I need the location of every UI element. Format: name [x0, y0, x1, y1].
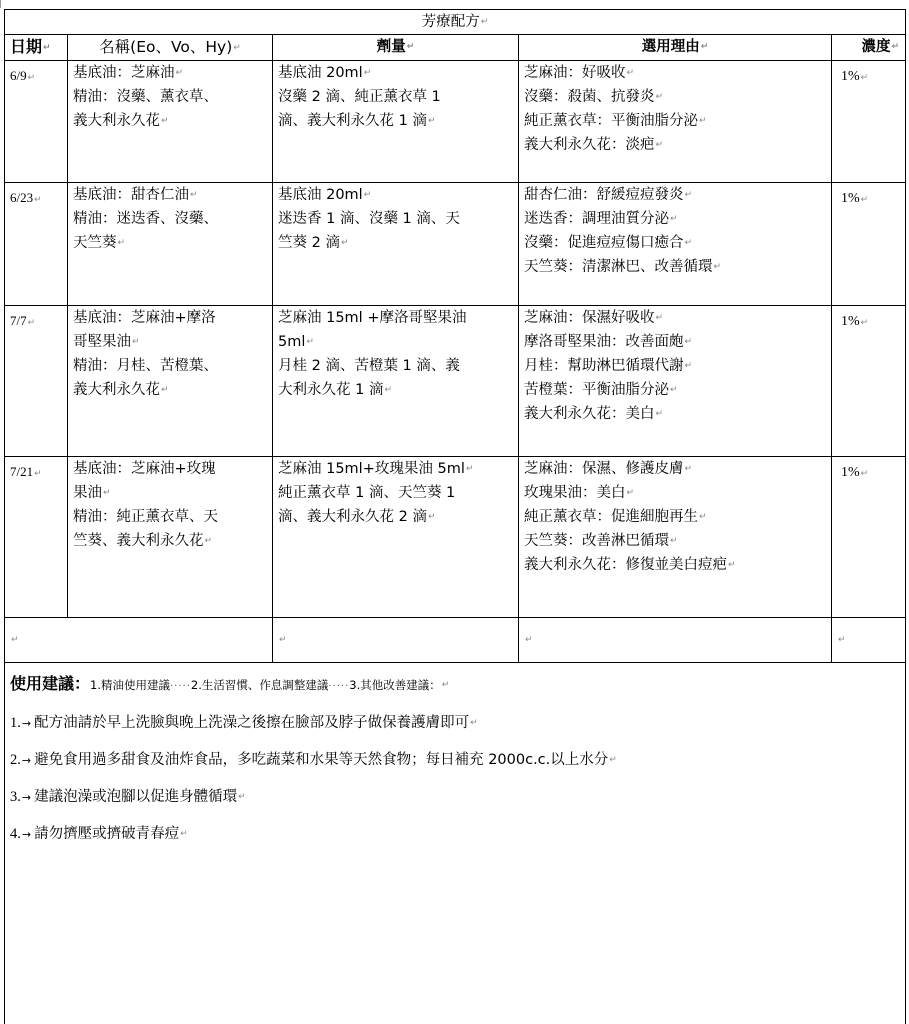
name-line: 精油：迷迭香、沒藥、 [73, 207, 268, 231]
header-reason[interactable]: 選用理由↵ [519, 35, 832, 61]
paragraph-mark-icon: ↵ [132, 337, 140, 347]
paragraph-mark-icon: ↵ [306, 337, 314, 347]
paragraph-mark-icon: ↵ [685, 238, 693, 248]
reason-line: 沒藥：促進痘痘傷口癒合↵ [524, 231, 827, 255]
date-cell[interactable]: 7/21↵ [5, 456, 68, 617]
name-line: 義大利永久花↵ [73, 378, 268, 402]
tab-arrow-icon: → [22, 754, 31, 767]
date-cell[interactable]: 6/23↵ [5, 182, 68, 305]
advice-item: 3.→建議泡澡或泡腳以促進身體循環↵ [10, 786, 905, 809]
dosage-cell[interactable]: 芝麻油 15ml+玫瑰果油 5ml↵ 純正薰衣草 1 滴、天竺葵 1 滴、義大利… [273, 456, 519, 617]
date-value: 7/7 [10, 313, 27, 328]
reason-line: 芝麻油：保濕、修護皮膚↵ [524, 457, 827, 481]
name-line: 精油：月桂、苦橙葉、 [73, 354, 268, 378]
dosage-line: 月桂 2 滴、苦橙葉 1 滴、義 [278, 354, 514, 378]
reason-line: 天竺葵：清潔淋巴、改善循環↵ [524, 255, 827, 279]
reason-line: 天竺葵：改善淋巴循環↵ [524, 529, 827, 553]
reason-cell[interactable]: 芝麻油：好吸收↵ 沒藥：殺菌、抗發炎↵ 純正薰衣草：平衡油脂分泌↵ 義大利永久花… [519, 60, 832, 182]
advice-row: 使用建議：1.精油使用建議·····2.生活習慣、作息調整建議·····3.其他… [5, 662, 906, 1024]
date-value: 7/21 [10, 464, 33, 479]
advice-category-2: 2.生活習慣、作息調整建議 [191, 678, 328, 692]
reason-line: 義大利永久花：淡疤↵ [524, 133, 827, 157]
dosage-line: 純正薰衣草 1 滴、天竺葵 1 [278, 481, 514, 505]
paragraph-mark-icon: ↵ [627, 488, 635, 498]
paragraph-mark-icon: ↵ [428, 512, 436, 522]
tab-arrow-icon: → [22, 717, 31, 730]
paragraph-mark-icon: ↵ [701, 42, 709, 52]
paragraph-mark-icon: ↵ [180, 829, 188, 839]
aromatherapy-recipe-table: 芳療配方↵ 日期↵ 名稱(Eo、Vo、Hy)↵ 劑量↵ 選用理由↵ 濃度↵ 6/… [4, 9, 906, 1024]
table-row: 7/21↵ 基底油：芝麻油+玫瑰 果油↵ 精油：純正薰衣草、天 竺葵、義大利永久… [5, 456, 906, 617]
paragraph-mark-icon: ↵ [861, 72, 869, 82]
header-reason-label: 選用理由 [642, 39, 700, 55]
header-name[interactable]: 名稱(Eo、Vo、Hy)↵ [68, 35, 273, 61]
concentration-value: 1% [841, 314, 860, 329]
advice-item: 2.→避免食用過多甜食及油炸食品，多吃蔬菜和水果等天然食物；每日補充 2000c… [10, 749, 905, 772]
paragraph-mark-icon: ↵ [525, 635, 533, 645]
paragraph-mark-icon: ↵ [205, 536, 213, 546]
paragraph-mark-icon: ↵ [238, 792, 246, 802]
paragraph-mark-icon: ↵ [699, 116, 707, 126]
paragraph-mark-icon: ↵ [428, 116, 436, 126]
reason-line: 玫瑰果油：美白↵ [524, 481, 827, 505]
name-line: 義大利永久花↵ [73, 109, 268, 133]
reason-line: 芝麻油：保濕好吸收↵ [524, 306, 827, 330]
advice-category-3: 3.其他改善建議： [349, 678, 440, 692]
paragraph-mark-icon: ↵ [861, 468, 869, 478]
paragraph-mark-icon: ↵ [714, 262, 722, 272]
name-cell[interactable]: 基底油：芝麻油+玫瑰 果油↵ 精油：純正薰衣草、天 竺葵、義大利永久花↵ [68, 456, 273, 617]
name-cell[interactable]: 基底油：芝麻油↵ 精油：沒藥、薰衣草、 義大利永久花↵ [68, 60, 273, 182]
table-row: 6/23↵ 基底油：甜杏仁油↵ 精油：迷迭香、沒藥、 天竺葵↵ 基底油 20ml… [5, 182, 906, 305]
empty-cell[interactable]: ↵ [273, 617, 519, 662]
empty-cell[interactable]: ↵ [519, 617, 832, 662]
reason-line: 沒藥：殺菌、抗發炎↵ [524, 85, 827, 109]
table-title: 芳療配方 [422, 14, 480, 30]
concentration-cell[interactable]: 1%↵ [832, 182, 906, 305]
header-dosage[interactable]: 劑量↵ [273, 35, 519, 61]
advice-item-number: 4. [10, 826, 21, 842]
advice-item-text: 配方油請於早上洗臉與晚上洗澡之後擦在臉部及脖子做保養護膚即可 [34, 715, 469, 731]
tab-arrow-icon: → [22, 828, 31, 841]
concentration-cell[interactable]: 1%↵ [832, 456, 906, 617]
paragraph-mark-icon: ↵ [656, 313, 664, 323]
paragraph-mark-icon: ↵ [176, 68, 184, 78]
reason-line: 芝麻油：好吸收↵ [524, 61, 827, 85]
paragraph-mark-icon: ↵ [442, 680, 450, 690]
dosage-line: 芝麻油 15ml +摩洛哥堅果油 [278, 306, 514, 330]
header-name-label: 名稱(Eo、Vo、Hy) [99, 38, 232, 56]
dosage-line: 5ml↵ [278, 330, 514, 354]
empty-cell[interactable]: ↵ [832, 617, 906, 662]
paragraph-mark-icon: ↵ [103, 488, 111, 498]
title-row: 芳療配方↵ [5, 10, 906, 35]
name-line: 精油：純正薰衣草、天 [73, 505, 268, 529]
name-line: 精油：沒藥、薰衣草、 [73, 85, 268, 109]
paragraph-mark-icon: ↵ [670, 536, 678, 546]
paragraph-mark-icon: ↵ [11, 635, 19, 645]
paragraph-mark-icon: ↵ [670, 214, 678, 224]
table-title-cell[interactable]: 芳療配方↵ [5, 10, 906, 35]
advice-item-number: 2. [10, 752, 21, 768]
paragraph-mark-icon: ↵ [407, 42, 415, 52]
dosage-line: 迷迭香 1 滴、沒藥 1 滴、天 [278, 207, 514, 231]
name-line: 天竺葵↵ [73, 231, 268, 255]
dosage-line: 竺葵 2 滴↵ [278, 231, 514, 255]
usage-advice-cell[interactable]: 使用建議：1.精油使用建議·····2.生活習慣、作息調整建議·····3.其他… [5, 662, 906, 1024]
dosage-line: 滴、義大利永久花 1 滴↵ [278, 109, 514, 133]
paragraph-mark-icon: ↵ [656, 140, 664, 150]
reason-line: 義大利永久花：美白↵ [524, 402, 827, 426]
paragraph-mark-icon: ↵ [892, 42, 900, 52]
paragraph-mark-icon: ↵ [728, 560, 736, 570]
paragraph-mark-icon: ↵ [699, 512, 707, 522]
dosage-cell[interactable]: 基底油 20ml↵ 沒藥 2 滴、純正薰衣草 1 滴、義大利永久花 1 滴↵ [273, 60, 519, 182]
header-date[interactable]: 日期↵ [5, 35, 68, 61]
reason-line: 義大利永久花：修復並美白痘疤↵ [524, 553, 827, 577]
advice-item-text: 建議泡澡或泡腳以促進身體循環 [34, 789, 237, 805]
date-value: 6/9 [10, 68, 27, 83]
reason-cell[interactable]: 甜杏仁油：舒緩痘痘發炎↵ 迷迭香：調理油質分泌↵ 沒藥：促進痘痘傷口癒合↵ 天竺… [519, 182, 832, 305]
dosage-line: 基底油 20ml↵ [278, 61, 514, 85]
date-cell[interactable]: 7/7↵ [5, 305, 68, 456]
name-line: 基底油：芝麻油↵ [73, 61, 268, 85]
dosage-line: 基底油 20ml↵ [278, 183, 514, 207]
empty-table-row: ↵ ↵ ↵ ↵ [5, 617, 906, 662]
paragraph-mark-icon: ↵ [838, 635, 846, 645]
paragraph-mark-icon: ↵ [28, 72, 36, 82]
reason-line: 甜杏仁油：舒緩痘痘發炎↵ [524, 183, 827, 207]
paragraph-mark-icon: ↵ [43, 43, 51, 53]
reason-line: 摩洛哥堅果油：改善面皰↵ [524, 330, 827, 354]
reason-line: 純正薰衣草：促進細胞再生↵ [524, 505, 827, 529]
date-value: 6/23 [10, 190, 33, 205]
date-cell[interactable]: 6/9↵ [5, 60, 68, 182]
paragraph-mark-icon: ↵ [34, 468, 42, 478]
concentration-value: 1% [841, 191, 860, 206]
table-row: 7/7↵ 基底油：芝麻油+摩洛 哥堅果油↵ 精油：月桂、苦橙葉、 義大利永久花↵… [5, 305, 906, 456]
paragraph-mark-icon: ↵ [627, 68, 635, 78]
paragraph-mark-icon: ↵ [118, 238, 126, 248]
paragraph-mark-icon: ↵ [481, 17, 489, 27]
paragraph-mark-icon: ↵ [685, 361, 693, 371]
paragraph-mark-icon: ↵ [685, 464, 693, 474]
paragraph-mark-icon: ↵ [364, 190, 372, 200]
header-concentration-label: 濃度 [862, 39, 891, 55]
reason-line: 月桂：幫助淋巴循環代謝↵ [524, 354, 827, 378]
paragraph-mark-icon: ↵ [861, 317, 869, 327]
dosage-cell[interactable]: 芝麻油 15ml +摩洛哥堅果油 5ml↵ 月桂 2 滴、苦橙葉 1 滴、義 大… [273, 305, 519, 456]
reason-cell[interactable]: 芝麻油：保濕好吸收↵ 摩洛哥堅果油：改善面皰↵ 月桂：幫助淋巴循環代謝↵ 苦橙葉… [519, 305, 832, 456]
paragraph-mark-icon: ↵ [656, 409, 664, 419]
header-dosage-label: 劑量 [377, 39, 406, 55]
paragraph-mark-icon: ↵ [685, 190, 693, 200]
advice-item-text: 請勿擠壓或擠破青春痘 [34, 826, 179, 842]
name-cell[interactable]: 基底油：芝麻油+摩洛 哥堅果油↵ 精油：月桂、苦橙葉、 義大利永久花↵ [68, 305, 273, 456]
paragraph-mark-icon: ↵ [685, 337, 693, 347]
advice-item: 4.→請勿擠壓或擠破青春痘↵ [10, 823, 905, 846]
name-line: 基底油：芝麻油+摩洛 [73, 306, 268, 330]
paragraph-mark-icon: ↵ [656, 92, 664, 102]
advice-item-text: 避免食用過多甜食及油炸食品，多吃蔬菜和水果等天然食物；每日補充 2000c.c.… [34, 752, 608, 768]
dosage-line: 大利永久花 1 滴↵ [278, 378, 514, 402]
header-row: 日期↵ 名稱(Eo、Vo、Hy)↵ 劑量↵ 選用理由↵ 濃度↵ [5, 35, 906, 61]
paragraph-mark-icon: ↵ [341, 238, 349, 248]
paragraph-mark-icon: ↵ [34, 194, 42, 204]
tab-arrow-icon: → [22, 791, 31, 804]
advice-category-1: 1.精油使用建議 [90, 678, 170, 692]
concentration-cell[interactable]: 1%↵ [832, 305, 906, 456]
dosage-line: 沒藥 2 滴、純正薰衣草 1 [278, 85, 514, 109]
advice-heading: 使用建議： [10, 674, 90, 693]
name-line: 基底油：芝麻油+玫瑰 [73, 457, 268, 481]
name-line: 果油↵ [73, 481, 268, 505]
paragraph-mark-icon: ↵ [470, 718, 478, 728]
tab-leader: ····· [170, 681, 191, 692]
paragraph-mark-icon: ↵ [190, 190, 198, 200]
reason-line: 迷迭香：調理油質分泌↵ [524, 207, 827, 231]
reason-line: 純正薰衣草：平衡油脂分泌↵ [524, 109, 827, 133]
reason-cell[interactable]: 芝麻油：保濕、修護皮膚↵ 玫瑰果油：美白↵ 純正薰衣草：促進細胞再生↵ 天竺葵：… [519, 456, 832, 617]
paragraph-mark-icon: ↵ [233, 43, 241, 53]
dosage-cell[interactable]: 基底油 20ml↵ 迷迭香 1 滴、沒藥 1 滴、天 竺葵 2 滴↵ [273, 182, 519, 305]
advice-item-number: 1. [10, 715, 21, 731]
paragraph-mark-icon: ↵ [161, 385, 169, 395]
tab-leader: ····· [328, 681, 349, 692]
paragraph-mark-icon: ↵ [384, 385, 392, 395]
paragraph-mark-icon: ↵ [161, 116, 169, 126]
header-date-label: 日期 [10, 37, 42, 56]
advice-item-number: 3. [10, 789, 21, 805]
name-line: 竺葵、義大利永久花↵ [73, 529, 268, 553]
dosage-line: 芝麻油 15ml+玫瑰果油 5ml↵ [278, 457, 514, 481]
dosage-line: 滴、義大利永久花 2 滴↵ [278, 505, 514, 529]
reason-line: 苦橙葉：平衡油脂分泌↵ [524, 378, 827, 402]
page-corner-mark [0, 0, 1, 8]
paragraph-mark-icon: ↵ [609, 755, 617, 765]
concentration-value: 1% [841, 465, 860, 480]
name-line: 哥堅果油↵ [73, 330, 268, 354]
paragraph-mark-icon: ↵ [279, 635, 287, 645]
paragraph-mark-icon: ↵ [670, 385, 678, 395]
name-line: 基底油：甜杏仁油↵ [73, 183, 268, 207]
table-row: 6/9↵ 基底油：芝麻油↵ 精油：沒藥、薰衣草、 義大利永久花↵ 基底油 20m… [5, 60, 906, 182]
concentration-cell[interactable]: 1%↵ [832, 60, 906, 182]
advice-item: 1.→配方油請於早上洗臉與晚上洗澡之後擦在臉部及脖子做保養護膚即可↵ [10, 712, 905, 735]
concentration-value: 1% [841, 69, 860, 84]
empty-cell[interactable]: ↵ [5, 617, 273, 662]
advice-heading-line: 使用建議：1.精油使用建議·····2.生活習慣、作息調整建議·····3.其他… [10, 673, 905, 698]
paragraph-mark-icon: ↵ [28, 317, 36, 327]
paragraph-mark-icon: ↵ [466, 464, 474, 474]
paragraph-mark-icon: ↵ [861, 194, 869, 204]
header-concentration[interactable]: 濃度↵ [832, 35, 906, 61]
paragraph-mark-icon: ↵ [364, 68, 372, 78]
name-cell[interactable]: 基底油：甜杏仁油↵ 精油：迷迭香、沒藥、 天竺葵↵ [68, 182, 273, 305]
